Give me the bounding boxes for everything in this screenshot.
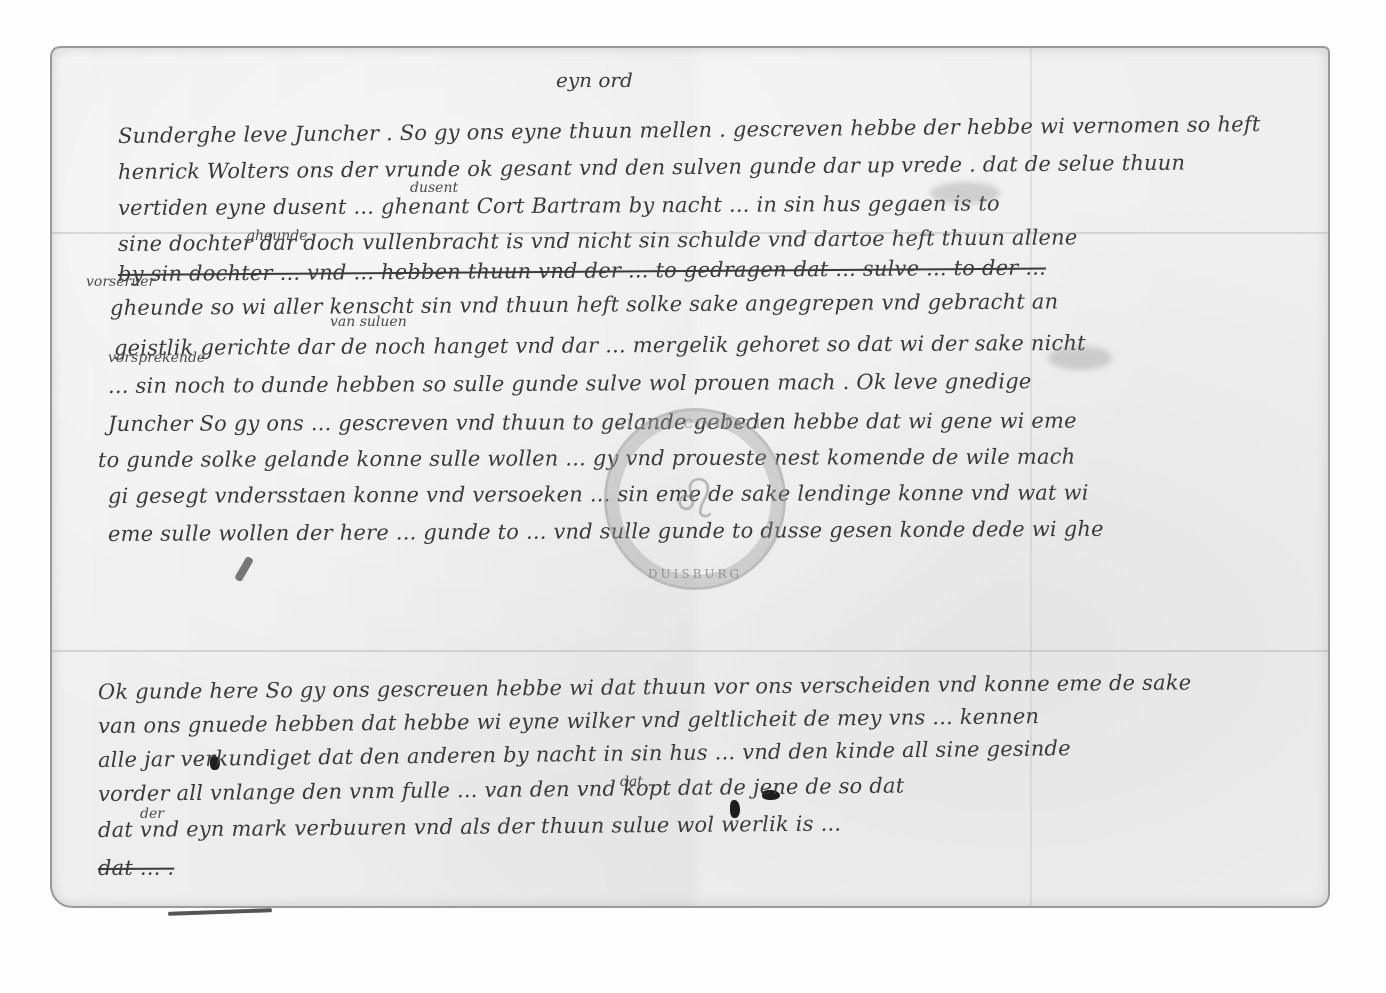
interlinear-note: dusent bbox=[410, 180, 458, 196]
ink-stain bbox=[930, 182, 1000, 204]
ink-stroke bbox=[168, 908, 272, 916]
scan-canvas: eyn ord Sunderghe leve Juncher . So gy o… bbox=[0, 0, 1386, 993]
stamp-bottom-text: DUISBURG bbox=[607, 567, 783, 581]
manuscript-line: Juncher So gy ons ... gescreven vnd thuu… bbox=[108, 409, 1077, 436]
manuscript-line: gi gesegt vndersstaen konne vnd versoeke… bbox=[108, 481, 1089, 508]
interlinear-note: vorseruer bbox=[86, 274, 155, 290]
library-stamp: SIGILL CIVITATIS ♌ DUISBURG bbox=[604, 408, 786, 590]
interlinear-note: van suluen bbox=[330, 314, 407, 330]
fold-crease bbox=[50, 650, 1330, 652]
lion-emblem-icon: ♌ bbox=[671, 468, 719, 531]
manuscript-line: vertiden eyne dusent ... ghenant Cort Ba… bbox=[118, 191, 1000, 220]
interlinear-note: vorsprekende bbox=[108, 350, 205, 366]
interlinear-note: gheunde bbox=[246, 228, 308, 244]
interlinear-note: der bbox=[140, 806, 164, 822]
stamp-top-text: SIGILL CIVITATIS bbox=[607, 417, 783, 431]
interlinear-note: dat ... bbox=[620, 774, 661, 790]
manuscript-line: ... sin noch to dunde hebben so sulle gu… bbox=[108, 369, 1032, 398]
ink-stain bbox=[1048, 346, 1112, 370]
manuscript-line-struck: dat ... . bbox=[98, 856, 174, 880]
document-heading: eyn ord bbox=[556, 68, 633, 92]
manuscript-line: to gunde solke gelande konne sulle wolle… bbox=[98, 445, 1075, 472]
manuscript-line: geistlik gerichte dar de noch hanget vnd… bbox=[114, 331, 1086, 360]
